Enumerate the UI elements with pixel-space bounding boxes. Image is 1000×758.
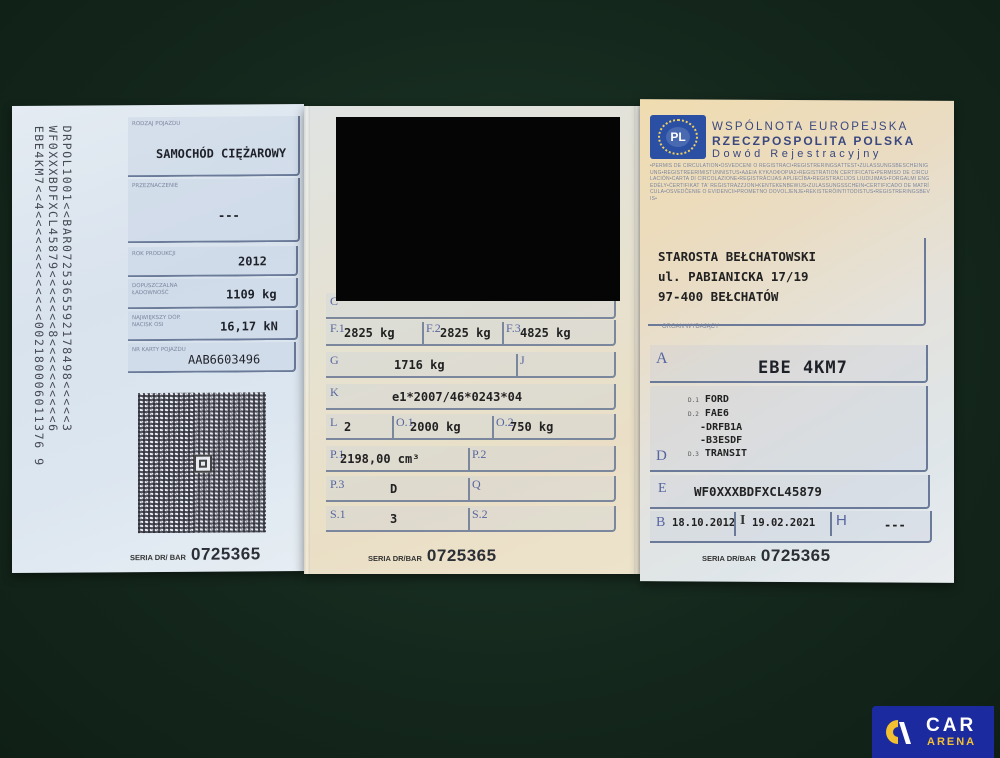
- technical-row: S.13S.2---: [326, 506, 616, 532]
- field-label: Dopuszczalna ładowność: [132, 283, 192, 297]
- field-production-year: Rok produkcji 2012: [128, 246, 298, 277]
- field-label: Nr karty pojazdu: [132, 347, 192, 354]
- field-vehicle-type: Rodzaj pojazdu SAMOCHÓD CIĘŻAROWY: [128, 116, 300, 177]
- divider: [734, 512, 736, 536]
- field-value: 2825 kg: [344, 326, 395, 340]
- field-label: Rodzaj pojazdu: [132, 121, 192, 128]
- field-code-d: D: [656, 448, 667, 465]
- vin-number: WF0XXXBDFXCL45879: [694, 484, 822, 499]
- series-label: SERIA DR/ BAR: [130, 553, 186, 562]
- series-number: SERIA DR/ BAR0725365: [130, 544, 261, 565]
- redacted-area: [336, 117, 620, 301]
- qr-code: [138, 392, 266, 533]
- field-value: 2825 kg: [440, 326, 491, 340]
- field-value: 1716 kg: [394, 358, 445, 372]
- field-code: F.3: [506, 321, 521, 336]
- field-code: J: [520, 353, 525, 368]
- issuer-line: 97-400 BEŁCHATÓW: [658, 287, 816, 307]
- validity-value: ---: [884, 518, 906, 532]
- qr-center-marker: [194, 455, 212, 473]
- header-document-name: Dowód Rejestracyjny: [712, 148, 882, 160]
- field-code: F.2: [426, 321, 441, 336]
- divider: [468, 478, 470, 500]
- country-code: PL: [666, 127, 690, 147]
- field-code-e: E: [658, 481, 667, 497]
- make: FORD: [705, 394, 729, 405]
- watermark-text-car: CAR: [926, 715, 976, 737]
- series-label: SERIA DR/BAR: [368, 554, 422, 563]
- series-value: 0725365: [427, 546, 497, 565]
- field-value: e1*2007/46*0243*04: [392, 390, 522, 404]
- field-code-a: A: [656, 350, 668, 368]
- field-value: 1109 kg: [226, 287, 277, 301]
- field-value: 3: [390, 512, 397, 526]
- microtext-security-pattern: •PERMIS DE CIRCULATION•OSVEDČENÍ O REGIS…: [650, 163, 930, 229]
- field-code-i: I: [740, 513, 745, 529]
- divider: [830, 512, 832, 536]
- fold-line: [304, 106, 310, 574]
- field-value: 2: [344, 420, 351, 434]
- mrz-line-1: DRPOL1001<<BAR0725365592178498<<<<<3: [60, 126, 74, 433]
- field-code: S.2: [472, 507, 488, 522]
- field-vehicle-card-number: Nr karty pojazdu AAB6603496: [128, 342, 296, 373]
- technical-row: L2O.12000 kgO.2750 kg: [326, 414, 616, 440]
- d3-label: D.3: [688, 451, 699, 458]
- field-label: Rok produkcji: [132, 251, 192, 258]
- watermark-text-arena: ARENA: [927, 736, 976, 748]
- field-code: P.3: [330, 477, 344, 492]
- mrz-zone: DRPOL1001<<BAR0725365592178498<<<<<3 WF0…: [32, 126, 74, 467]
- field-value: 750 kg: [510, 420, 553, 434]
- header-community: WSPÓLNOTA EUROPEJSKA: [712, 121, 909, 133]
- mrz-line-3: EBE4KM7<<4<<<<<<<<<<<<<002180006011376 9: [32, 126, 46, 467]
- document-left-panel: DRPOL1001<<BAR0725365592178498<<<<<3 WF0…: [12, 104, 304, 573]
- issuer-line: STAROSTA BEŁCHATOWSKI: [658, 247, 816, 267]
- field-code: P.2: [472, 447, 486, 462]
- technical-row: P.3DQ---: [326, 476, 616, 502]
- make-model-text: D.1 FORD D.2 FAE6 -DRFB1A -B3ESDF D.3 TR…: [688, 393, 747, 461]
- d2-label: D.2: [688, 411, 699, 418]
- technical-row: P.12198,00 cm³P.274,00 kW: [326, 446, 616, 472]
- field-value: ---: [218, 208, 240, 222]
- header-country: RZECZPOSPOLITA POLSKA: [712, 134, 915, 148]
- field-axle-load: Największy dop. nacisk osi 16,17 kN: [128, 310, 298, 341]
- d1-label: D.1: [688, 397, 699, 404]
- eu-flag-icon: PL: [650, 115, 706, 159]
- divider: [392, 416, 394, 438]
- technical-row: Ke1*2007/46*0243*04: [326, 384, 616, 410]
- field-purpose: Przeznaczenie ---: [128, 178, 300, 243]
- registration-date: 19.02.2021: [752, 517, 815, 529]
- field-value: 16,17 kN: [220, 319, 278, 333]
- issuer-address: STAROSTA BEŁCHATOWSKI ul. PABIANICKA 17/…: [658, 247, 816, 307]
- field-value: 2000 kg: [410, 420, 461, 434]
- field-code-h: H: [836, 512, 847, 529]
- field-value: 2198,00 cm³: [340, 452, 419, 466]
- field-value: D: [390, 482, 397, 496]
- field-payload: Dopuszczalna ładowność 1109 kg: [128, 278, 298, 309]
- field-value: AAB6603496: [188, 352, 260, 367]
- divider: [468, 508, 470, 530]
- field-code: K: [330, 385, 339, 400]
- car-arena-logo-icon: [884, 718, 912, 746]
- issuer-label: Organ wydający: [662, 324, 719, 330]
- series-label: SERIA DR/BAR: [702, 554, 756, 563]
- field-code: G: [330, 353, 339, 368]
- field-label: Przeznaczenie: [132, 183, 192, 190]
- divider: [516, 354, 518, 376]
- divider: [502, 322, 504, 344]
- field-code-b: B: [656, 515, 665, 531]
- first-registration-date: 18.10.2012: [672, 517, 735, 529]
- series-number: SERIA DR/BAR0725365: [368, 546, 497, 566]
- divider: [492, 416, 494, 438]
- field-label: Największy dop. nacisk osi: [132, 315, 192, 329]
- field-code: F.1: [330, 321, 345, 336]
- field-code: S.1: [330, 507, 346, 522]
- registration-number: EBE 4KM7: [758, 358, 848, 378]
- series-value: 0725365: [761, 546, 831, 565]
- car-arena-watermark: CAR ARENA: [872, 706, 994, 758]
- technical-row: F.12825 kgF.22825 kgF.34825 kg: [326, 320, 616, 346]
- field-value: 4825 kg: [520, 326, 571, 340]
- field-code: Q: [472, 477, 481, 492]
- technical-row: G1716 kgJN1: [326, 352, 616, 378]
- series-number: SERIA DR/BAR0725365: [702, 546, 831, 566]
- field-value: SAMOCHÓD CIĘŻAROWY: [156, 146, 286, 161]
- mrz-line-2: WF0XXXBDFXCL45879<<<<<<<8<<<<<<<<<<6: [46, 126, 60, 433]
- divider: [468, 448, 470, 470]
- model: TRANSIT: [705, 448, 747, 459]
- series-value: 0725365: [191, 544, 261, 563]
- field-code: L: [330, 415, 337, 430]
- issuer-line: ul. PABIANICKA 17/19: [658, 267, 816, 287]
- field-value: 2012: [238, 254, 267, 268]
- divider: [422, 322, 424, 344]
